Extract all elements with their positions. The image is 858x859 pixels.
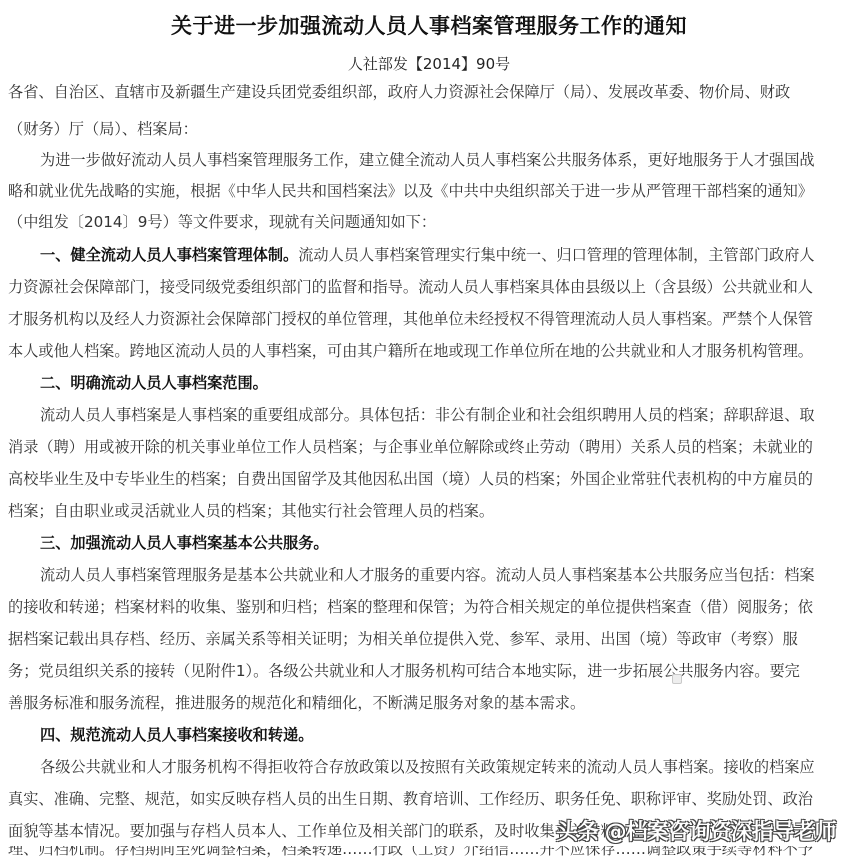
section-3-line: 流动人员人事档案管理服务是基本公共就业和人才服务的重要内容。流动人员人事档案基本… <box>40 560 858 591</box>
section-2-line: 档案；自由职业或灵活就业人员的档案；其他实行社会管理人员的档案。 <box>8 496 856 527</box>
recipients-line: 各省、自治区、直辖市及新疆生产建设兵团党委组织部，政府人力资源社会保障厅（局）、… <box>8 77 856 108</box>
section-3-line: 据档案记载出具存档、经历、亲属关系等相关证明；为相关单位提供入党、参军、录用、出… <box>8 624 856 655</box>
clipped-bottom-line: 理、归档机制。存档期间至死调整档案，档案转递……行政（工资）介绍信……并不应保存… <box>0 846 858 859</box>
section-1-first-line: 一、健全流动人员人事档案管理体制。流动人员人事档案管理实行集中统一、归口管理的管… <box>40 240 858 271</box>
section-4-heading: 四、规范流动人员人事档案接收和转递。 <box>40 720 858 751</box>
section-2-heading: 二、明确流动人员人事档案范围。 <box>40 368 858 399</box>
section-1-text: 流动人员人事档案管理实行集中统一、归口管理的管理体制，主管部门政府人 <box>298 246 814 264</box>
intro-line: （中组发〔2014〕9号）等文件要求，现就有关问题通知如下： <box>8 207 856 238</box>
section-2-line: 高校毕业生及中专毕业生的档案；自费出国留学及其他因私出国（境）人员的档案；外国企… <box>8 464 856 495</box>
document-number: 人社部发【2014】90号 <box>0 53 858 74</box>
section-4-line: 理、归档机制。存档期间至死调整档案，档案转递……行政（工资）介绍信……并不应保存… <box>8 846 856 859</box>
section-2-line: 流动人员人事档案是人事档案的重要组成部分。具体包括：非公有制企业和社会组织聘用人… <box>40 400 858 431</box>
section-1-line: 才服务机构以及经人力资源社会保障部门授权的单位管理，其他单位未经授权不得管理流动… <box>8 304 856 335</box>
section-3-heading: 三、加强流动人员人事档案基本公共服务。 <box>40 528 858 559</box>
intro-line: 为进一步做好流动人员人事档案管理服务工作，建立健全流动人员人事档案公共服务体系，… <box>40 145 858 176</box>
section-2-line: 消录（聘）用或被开除的机关事业单位工作人员档案；与企事业单位解除或终止劳动（聘用… <box>8 432 856 463</box>
section-1-line: 力资源社会保障部门，接受同级党委组织部门的监督和指导。流动人员人事档案具体由县级… <box>8 272 856 303</box>
section-4-line: 真实、准确、完整、规范，如实反映存档人员的出生日期、教育培训、工作经历、职务任免… <box>8 784 856 815</box>
section-3-line: 务；党员组织关系的接转（见附件1）。各级公共就业和人才服务机构可结合本地实际，进… <box>8 656 856 687</box>
section-3-line: 善服务标准和服务流程，推进服务的规范化和精细化，不断满足服务对象的基本需求。 <box>8 688 856 719</box>
section-4-line: 各级公共就业和人才服务机构不得拒收符合存放政策以及按照有关政策规定转来的流动人员… <box>40 752 858 783</box>
section-1-heading: 一、健全流动人员人事档案管理体制。 <box>40 246 298 264</box>
recipients-line: （财务）厅（局）、档案局： <box>8 114 856 145</box>
intro-line: 略和就业优先战略的实施，根据《中华人民共和国档案法》以及《中共中央组织部关于进一… <box>8 176 856 207</box>
watermark: 头条 @档案咨询资深指导老师 <box>556 815 836 846</box>
section-3-line: 的接收和转递；档案材料的收集、鉴别和归档；档案的整理和保管；为符合相关规定的单位… <box>8 592 856 623</box>
section-1-line: 本人或他人档案。跨地区流动人员的人事档案，可由其户籍所在地或现工作单位所在地的公… <box>8 336 856 367</box>
document-title: 关于进一步加强流动人员人事档案管理服务工作的通知 <box>0 10 858 40</box>
cursor-icon <box>672 674 682 684</box>
